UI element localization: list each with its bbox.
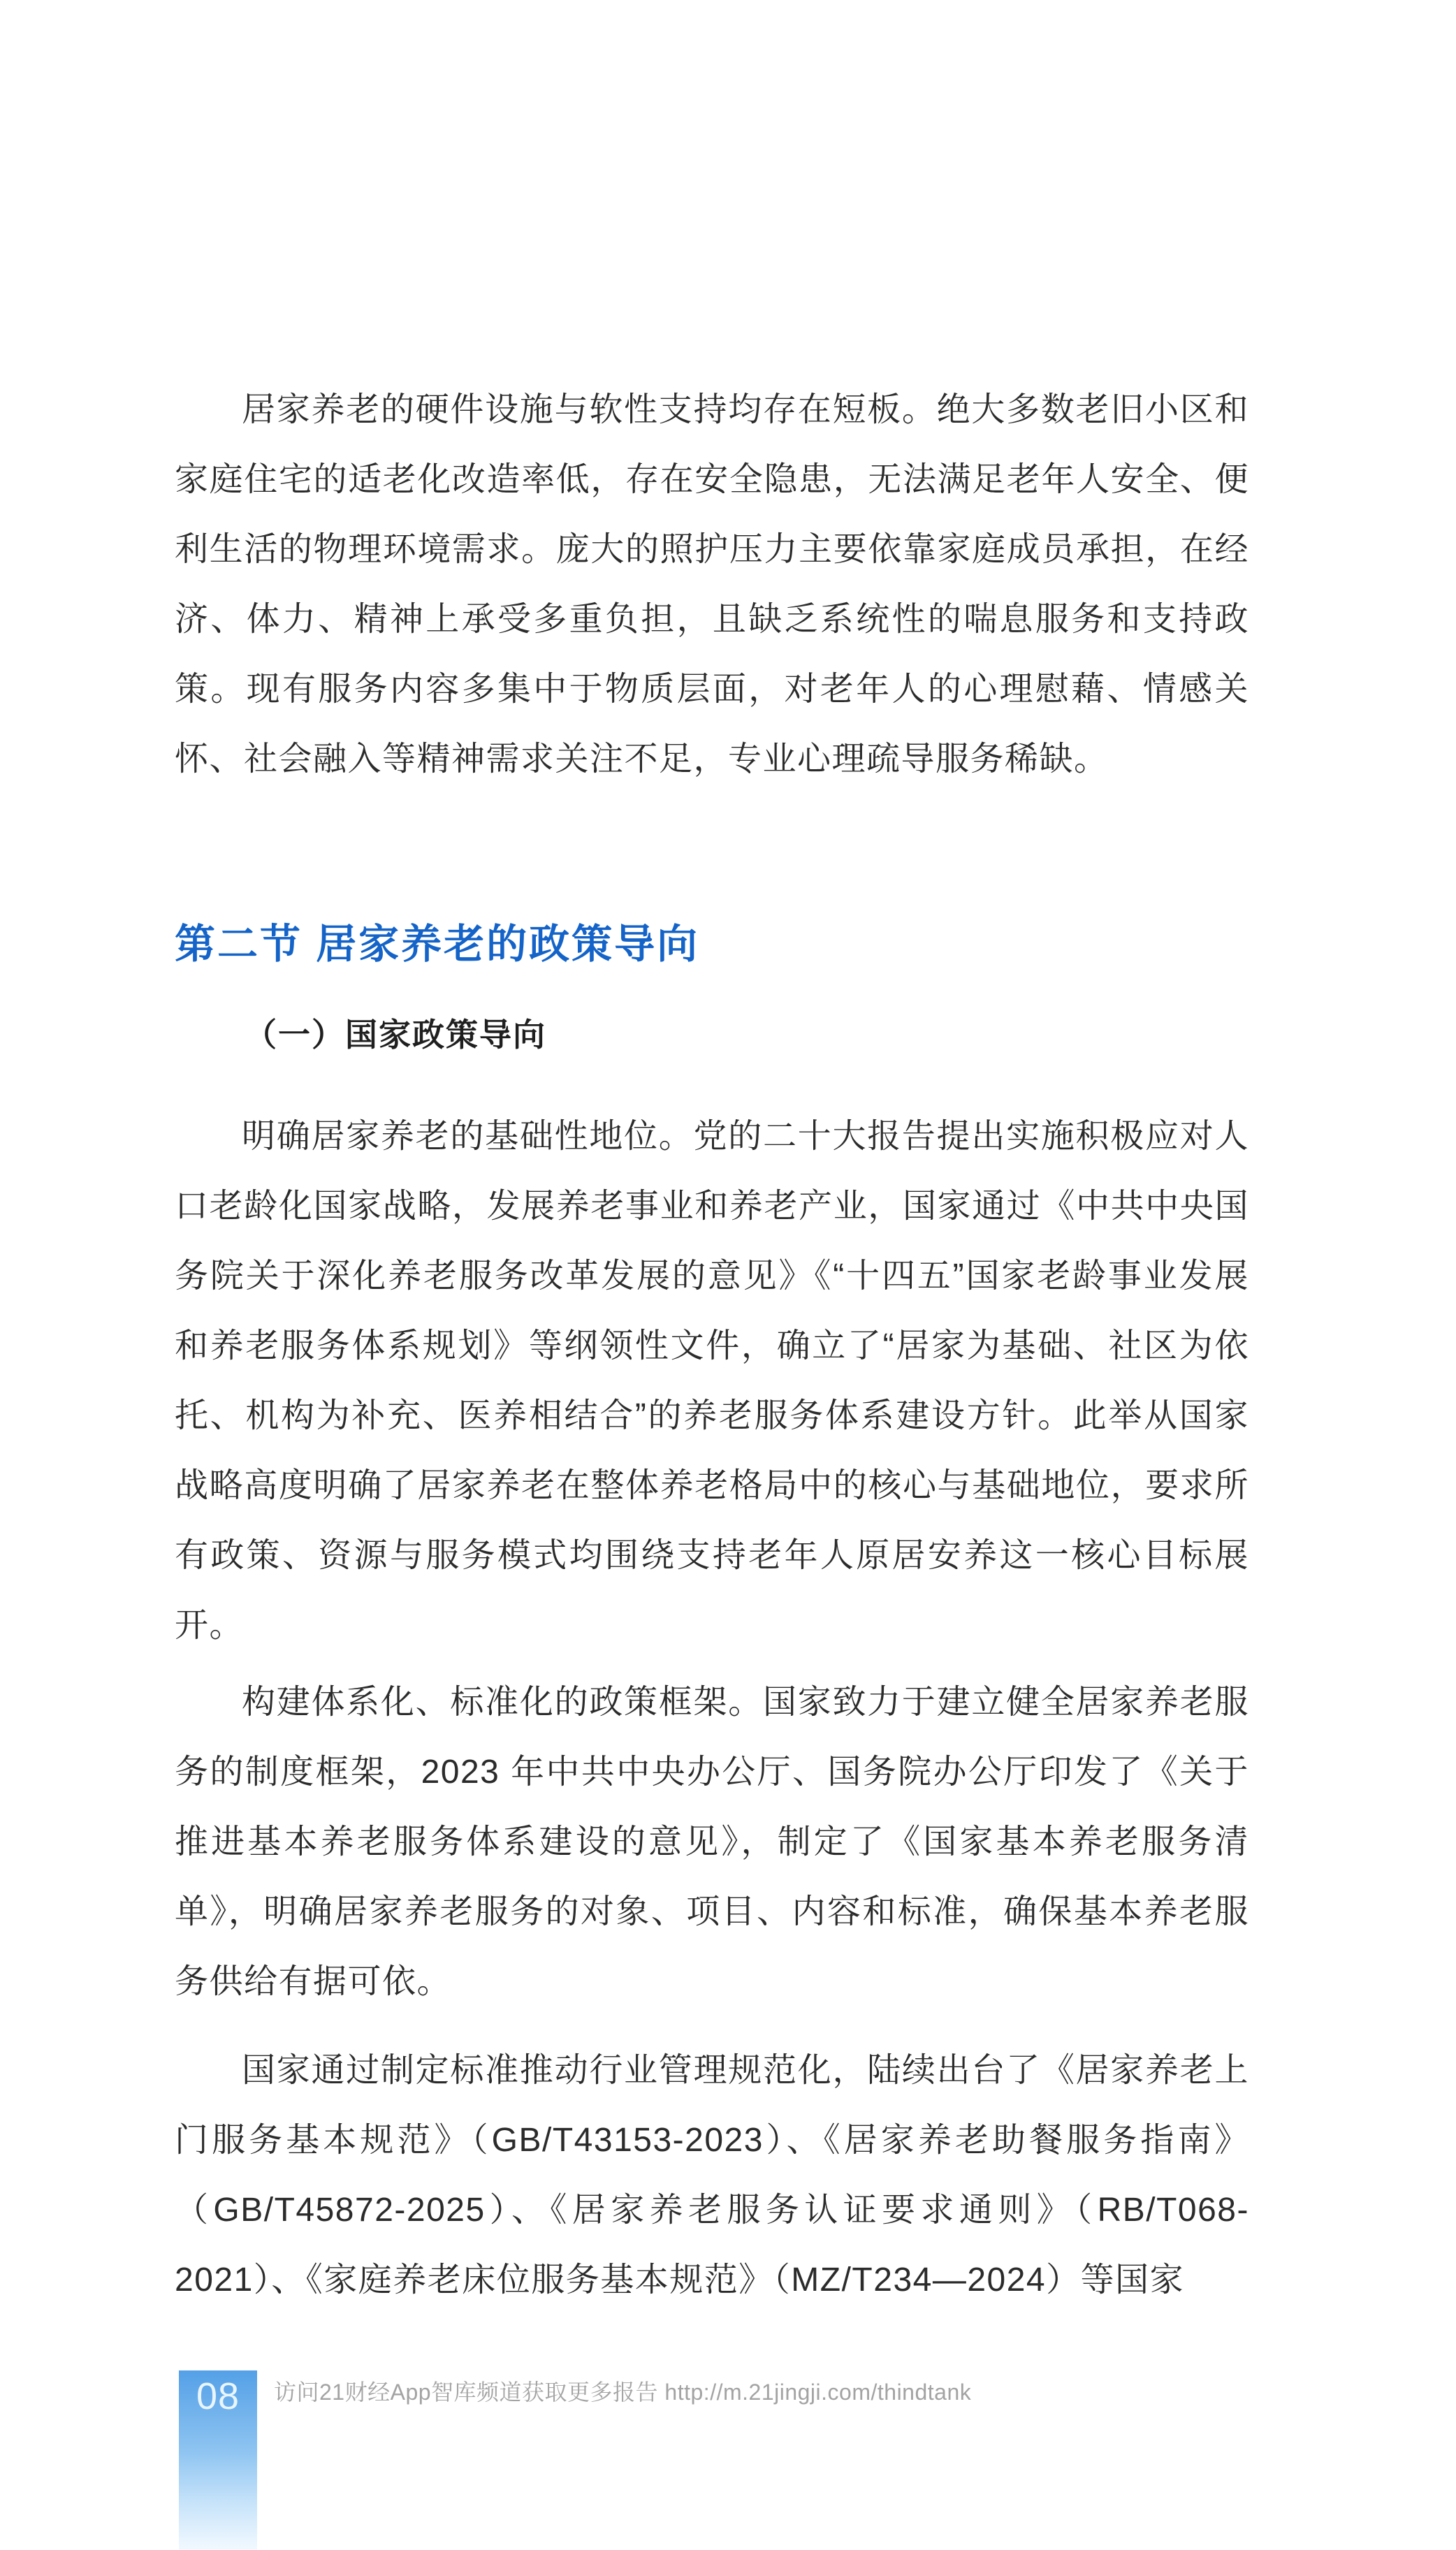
page-number-bar: 08: [179, 2370, 257, 2550]
body-paragraph-national-strategy: 明确居家养老的基础性地位。党的二十大报告提出实施积极应对人口老龄化国家战略，发展…: [175, 1102, 1249, 1661]
report-page: 居家养老的硬件设施与软性支持均存在短板。绝大多数老旧小区和家庭住宅的适老化改造率…: [0, 0, 1456, 2550]
page-content-column: 居家养老的硬件设施与软性支持均存在短板。绝大多数老旧小区和家庭住宅的适老化改造率…: [175, 0, 1249, 2315]
page-number: 08: [179, 2370, 257, 2418]
footer-note: 访问21财经App智库频道获取更多报告 http://m.21jingji.co…: [274, 2374, 971, 2410]
body-paragraph-shortcomings: 居家养老的硬件设施与软性支持均存在短板。绝大多数老旧小区和家庭住宅的适老化改造率…: [175, 375, 1249, 794]
body-paragraph-policy-framework: 构建体系化、标准化的政策框架。国家致力于建立健全居家养老服务的制度框架，2023…: [175, 1668, 1249, 2017]
body-paragraph-standards: 国家通过制定标准推动行业管理规范化，陆续出台了《居家养老上门服务基本规范》（GB…: [175, 2036, 1249, 2315]
subsection-heading: （一）国家政策导向: [175, 1014, 1249, 1056]
section-heading: 第二节 居家养老的政策导向: [175, 920, 1249, 969]
